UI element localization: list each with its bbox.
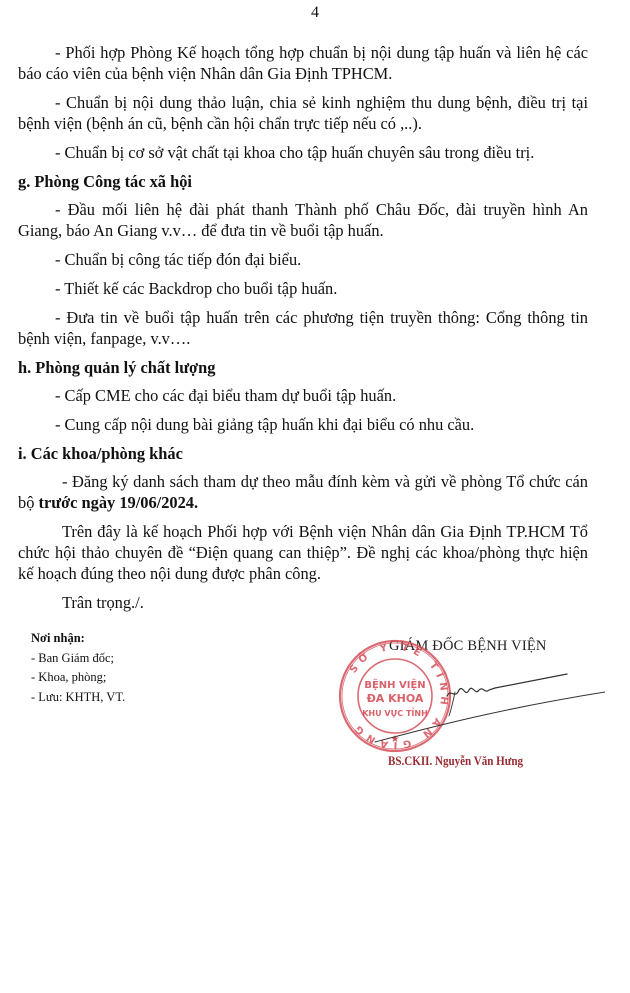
paragraph-prepare-facilities: - Chuẩn bị cơ sở vật chất tại khoa cho t… — [18, 142, 588, 163]
deadline-text: trước ngày 19/06/2024. — [39, 493, 199, 512]
document-body: - Phối hợp Phòng Kế hoạch tổng hợp chuẩn… — [18, 42, 588, 621]
closing-summary: Trên đây là kế hoạch Phối hợp với Bệnh v… — [18, 521, 588, 584]
section-h-heading: h. Phòng quản lý chất lượng — [18, 357, 588, 378]
section-g-item: - Chuẩn bị công tác tiếp đón đại biểu. — [18, 249, 588, 270]
section-h-item: - Cấp CME cho các đại biểu tham dự buổi … — [18, 385, 588, 406]
recipients-label: Nơi nhận: — [31, 629, 125, 649]
signature-block: GIÁM ĐỐC BỆNH VIỆN SỞ Y TẾ TỈNH AN GIANG… — [355, 630, 605, 780]
recipients-block: Nơi nhận: - Ban Giám đốc; - Khoa, phòng;… — [31, 629, 125, 707]
paragraph-prepare-discussion: - Chuẩn bị nội dung thảo luận, chia sẻ k… — [18, 92, 588, 134]
page-number: 4 — [0, 4, 630, 22]
section-i-item: - Đăng ký danh sách tham dự theo mẫu đín… — [18, 471, 588, 513]
section-i-heading: i. Các khoa/phòng khác — [18, 443, 588, 464]
recipient-item: - Lưu: KHTH, VT. — [31, 688, 125, 708]
closing-regards: Trân trọng./. — [18, 592, 588, 613]
section-g-item: - Đầu mối liên hệ đài phát thanh Thành p… — [18, 199, 588, 241]
section-g-heading: g. Phòng Công tác xã hội — [18, 171, 588, 192]
recipient-item: - Khoa, phòng; — [31, 668, 125, 688]
handwritten-signature-icon — [355, 630, 605, 750]
recipient-item: - Ban Giám đốc; — [31, 649, 125, 669]
section-h-item: - Cung cấp nội dung bài giảng tập huấn k… — [18, 414, 588, 435]
section-g-item: - Thiết kế các Backdrop cho buổi tập huấ… — [18, 278, 588, 299]
section-g-item: - Đưa tin về buổi tập huấn trên các phươ… — [18, 307, 588, 349]
paragraph-coordinate-training: - Phối hợp Phòng Kế hoạch tổng hợp chuẩn… — [18, 42, 588, 84]
